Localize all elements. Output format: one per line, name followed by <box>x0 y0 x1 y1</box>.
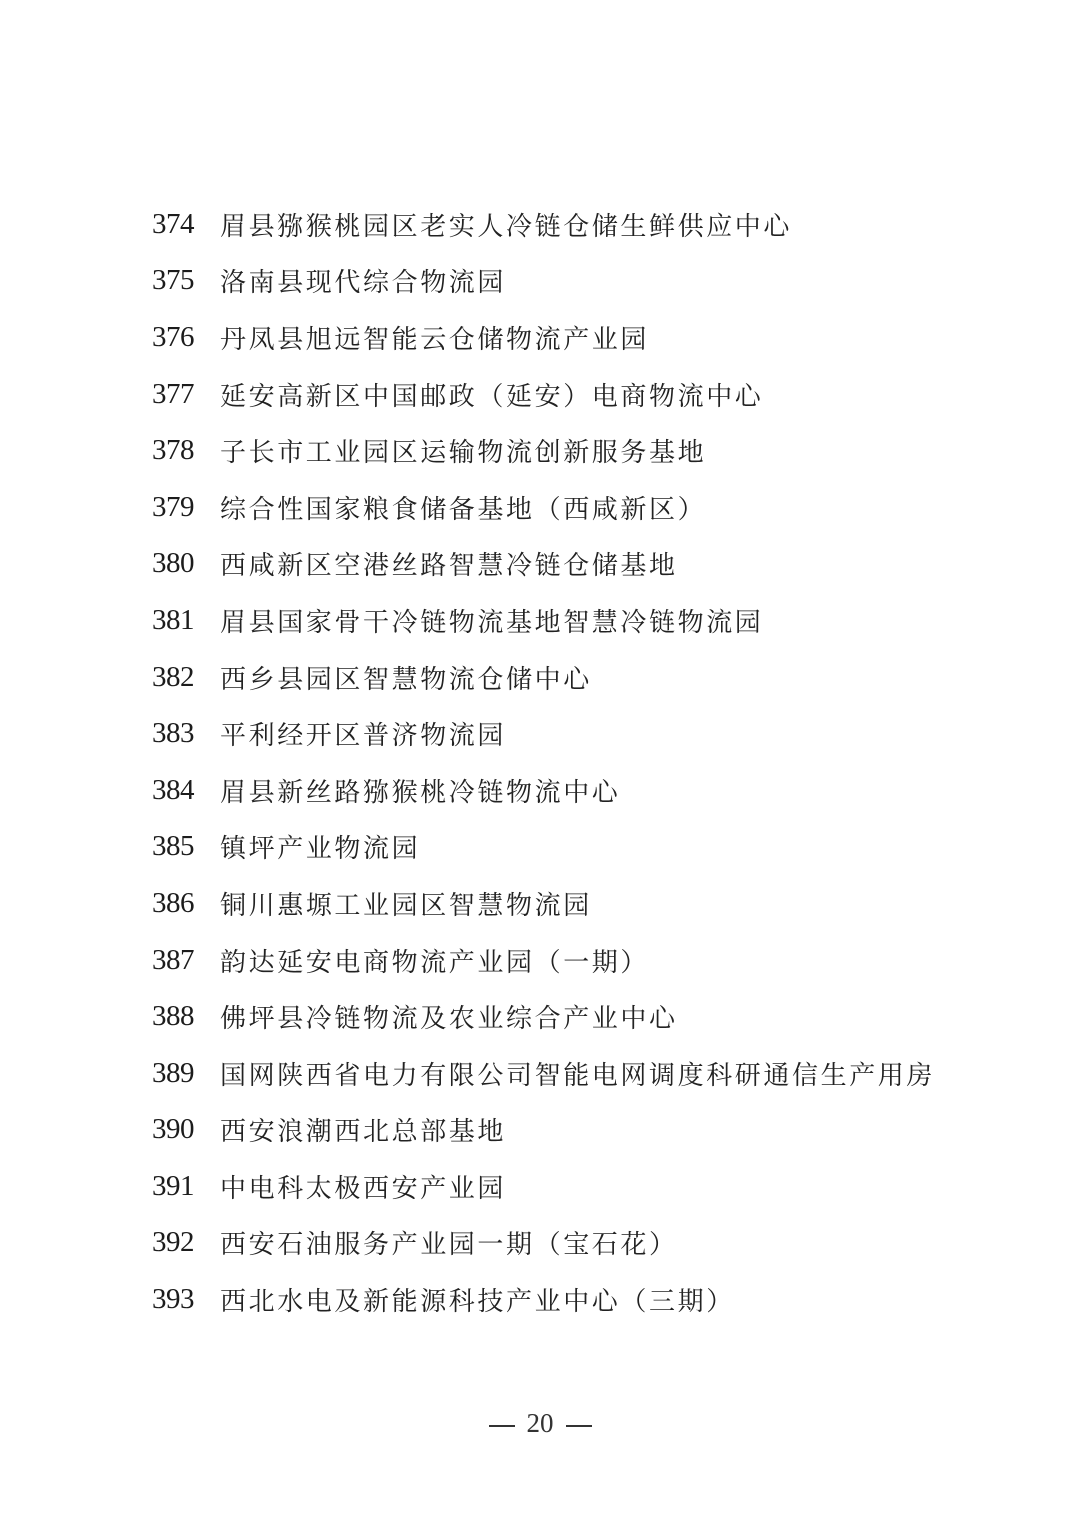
list-item: 392西安石油服务产业园一期（宝石花） <box>152 1215 935 1272</box>
item-number: 389 <box>152 1057 220 1090</box>
item-number: 388 <box>152 1000 220 1033</box>
item-name: 国网陕西省电力有限公司智能电网调度科研通信生产用房 <box>220 1055 935 1092</box>
list-item: 384眉县新丝路猕猴桃冷链物流中心 <box>152 762 935 819</box>
item-number: 379 <box>152 491 220 524</box>
list-item: 389国网陕西省电力有限公司智能电网调度科研通信生产用房 <box>152 1045 935 1102</box>
item-name: 子长市工业园区运输物流创新服务基地 <box>220 432 706 469</box>
item-number: 382 <box>152 661 220 694</box>
dash-right <box>566 1425 592 1427</box>
item-number: 390 <box>152 1113 220 1146</box>
list-item: 374眉县猕猴桃园区老实人冷链仓储生鲜供应中心 <box>152 196 935 253</box>
item-name: 西北水电及新能源科技产业中心（三期） <box>220 1281 735 1318</box>
item-name: 西安石油服务产业园一期（宝石花） <box>220 1224 678 1261</box>
page-number: 20 <box>527 1408 554 1438</box>
item-name: 韵达延安电商物流产业园（一期） <box>220 942 649 979</box>
item-number: 381 <box>152 604 220 637</box>
list-item: 386铜川惠塬工业园区智慧物流园 <box>152 875 935 932</box>
item-number: 384 <box>152 774 220 807</box>
list-item: 381眉县国家骨干冷链物流基地智慧冷链物流园 <box>152 592 935 649</box>
project-list: 374眉县猕猴桃园区老实人冷链仓储生鲜供应中心 375洛南县现代综合物流园 37… <box>152 196 935 1328</box>
item-name: 洛南县现代综合物流园 <box>220 262 506 299</box>
list-item: 385镇坪产业物流园 <box>152 819 935 876</box>
page-footer: 20 <box>0 1408 1080 1439</box>
list-item: 391中电科太极西安产业园 <box>152 1158 935 1215</box>
item-number: 391 <box>152 1170 220 1203</box>
item-name: 眉县新丝路猕猴桃冷链物流中心 <box>220 772 620 809</box>
item-name: 佛坪县冷链物流及农业综合产业中心 <box>220 998 678 1035</box>
item-name: 中电科太极西安产业园 <box>220 1168 506 1205</box>
list-item: 379综合性国家粮食储备基地（西咸新区） <box>152 479 935 536</box>
item-name: 眉县国家骨干冷链物流基地智慧冷链物流园 <box>220 602 763 639</box>
dash-left <box>489 1425 515 1427</box>
list-item: 383平利经开区普济物流园 <box>152 705 935 762</box>
list-item: 375洛南县现代综合物流园 <box>152 253 935 310</box>
item-number: 380 <box>152 547 220 580</box>
item-name: 延安高新区中国邮政（延安）电商物流中心 <box>220 376 763 413</box>
item-number: 393 <box>152 1283 220 1316</box>
item-number: 375 <box>152 264 220 297</box>
list-item: 376丹凤县旭远智能云仓储物流产业园 <box>152 309 935 366</box>
list-item: 378子长市工业园区运输物流创新服务基地 <box>152 422 935 479</box>
item-number: 374 <box>152 208 220 241</box>
item-name: 西安浪潮西北总部基地 <box>220 1111 506 1148</box>
item-number: 378 <box>152 434 220 467</box>
list-item: 393西北水电及新能源科技产业中心（三期） <box>152 1271 935 1328</box>
item-number: 376 <box>152 321 220 354</box>
item-name: 平利经开区普济物流园 <box>220 715 506 752</box>
list-item: 388佛坪县冷链物流及农业综合产业中心 <box>152 988 935 1045</box>
item-name: 镇坪产业物流园 <box>220 828 420 865</box>
list-item: 382西乡县园区智慧物流仓储中心 <box>152 649 935 706</box>
list-item: 380西咸新区空港丝路智慧冷链仓储基地 <box>152 536 935 593</box>
item-name: 西咸新区空港丝路智慧冷链仓储基地 <box>220 545 678 582</box>
item-number: 392 <box>152 1226 220 1259</box>
item-name: 综合性国家粮食储备基地（西咸新区） <box>220 489 706 526</box>
item-name: 铜川惠塬工业园区智慧物流园 <box>220 885 592 922</box>
item-name: 丹凤县旭远智能云仓储物流产业园 <box>220 319 649 356</box>
list-item: 377延安高新区中国邮政（延安）电商物流中心 <box>152 366 935 423</box>
document-page: 374眉县猕猴桃园区老实人冷链仓储生鲜供应中心 375洛南县现代综合物流园 37… <box>0 0 1080 1527</box>
list-item: 387韵达延安电商物流产业园（一期） <box>152 932 935 989</box>
item-number: 383 <box>152 717 220 750</box>
list-item: 390西安浪潮西北总部基地 <box>152 1102 935 1159</box>
item-name: 眉县猕猴桃园区老实人冷链仓储生鲜供应中心 <box>220 206 792 243</box>
item-number: 377 <box>152 378 220 411</box>
item-number: 386 <box>152 887 220 920</box>
item-name: 西乡县园区智慧物流仓储中心 <box>220 659 592 696</box>
item-number: 387 <box>152 944 220 977</box>
item-number: 385 <box>152 830 220 863</box>
